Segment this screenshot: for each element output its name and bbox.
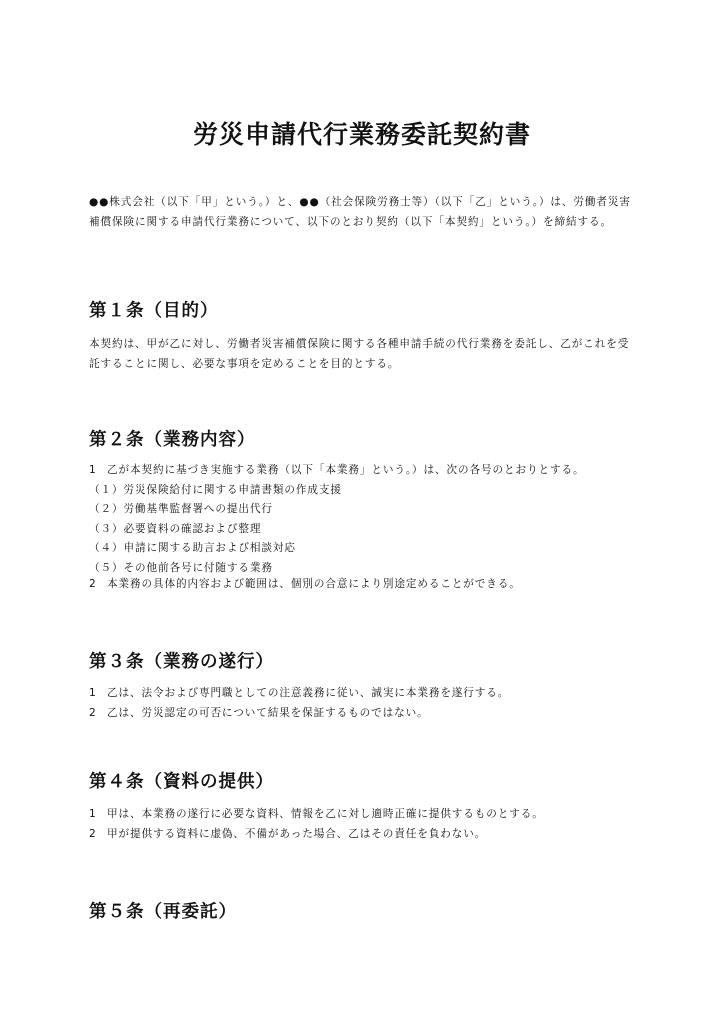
article-5-heading: 第５条（再委託）	[89, 900, 237, 924]
article-3-heading: 第３条（業務の遂行）	[89, 650, 274, 674]
clause: 1乙は、法令および専門職としての注意義務に従い、誠実に本業務を遂行する。	[89, 684, 649, 704]
sub-item: （１）労災保険給付に関する申請書類の作成支援	[89, 481, 649, 501]
document-title: 労災申請代行業務委託契約書	[0, 118, 724, 152]
article-4-clauses: 1甲は、本業務の遂行に必要な資料、情報を乙に対し適時正確に提供するものとする。 …	[89, 805, 649, 844]
clause: 2乙は、労災認定の可否について結果を保証するものではない。	[89, 704, 649, 724]
preamble: ●●株式会社（以下「甲」という。）と、●●（社会保険労務士等）（以下「乙」という…	[89, 193, 637, 232]
article-1-heading: 第１条（目的）	[89, 299, 219, 323]
document-page: 労災申請代行業務委託契約書 ●●株式会社（以下「甲」という。）と、●●（社会保険…	[0, 0, 724, 1024]
clause: 1甲は、本業務の遂行に必要な資料、情報を乙に対し適時正確に提供するものとする。	[89, 805, 649, 825]
article-3-clauses: 1乙は、法令および専門職としての注意義務に従い、誠実に本業務を遂行する。 2乙は…	[89, 684, 649, 723]
article-2-clauses: 1乙が本契約に基づき実施する業務（以下「本業務」という。）は、次の各号のとおりと…	[89, 461, 649, 578]
clause: 2甲が提供する資料に虚偽、不備があった場合、乙はその責任を負わない。	[89, 825, 649, 845]
sub-item: （２）労働基準監督署への提出代行	[89, 500, 649, 520]
article-4-heading: 第４条（資料の提供）	[89, 770, 274, 794]
article-1-body: 本契約は、甲が乙に対し、労働者災害補償保険に関する各種申請手続の代行業務を委託し…	[89, 335, 637, 374]
clause: 1乙が本契約に基づき実施する業務（以下「本業務」という。）は、次の各号のとおりと…	[89, 461, 649, 481]
sub-item: （４）申請に関する助言および相談対応	[89, 539, 649, 559]
article-2-clause-2: 2本業務の具体的内容および範囲は、個別の合意により別途定めることができる。	[89, 575, 649, 595]
article-2-heading: 第２条（業務内容）	[89, 428, 256, 452]
clause: 2本業務の具体的内容および範囲は、個別の合意により別途定めることができる。	[89, 575, 649, 595]
sub-item: （３）必要資料の確認および整理	[89, 520, 649, 540]
